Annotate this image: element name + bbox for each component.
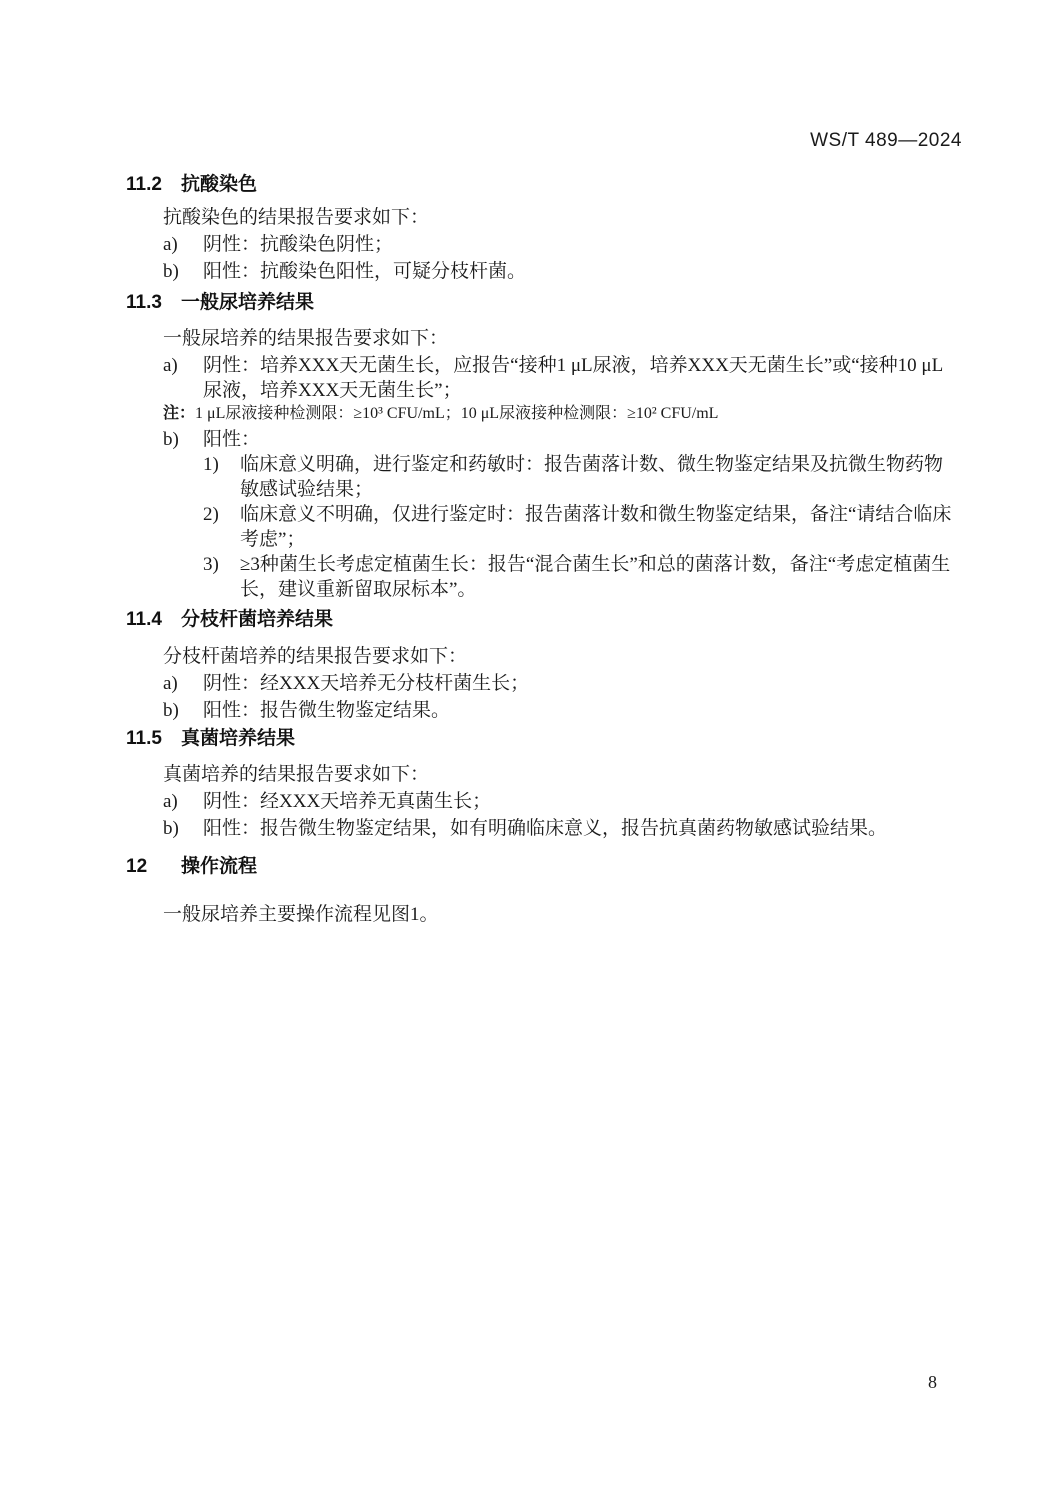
section-number: 11.2 [126, 174, 181, 195]
section-intro: 一般尿培养的结果报告要求如下： [163, 326, 958, 351]
item-text: 阴性：培养XXX天无菌生长，应报告“接种1 μL尿液，培养XXX天无菌生长”或“… [203, 353, 958, 403]
section-title: 一般尿培养结果 [181, 292, 958, 313]
list-item: a) 阴性：经XXX天培养无真菌生长； [163, 789, 958, 814]
item-label: a) [163, 671, 203, 696]
item-label: b) [163, 816, 203, 841]
section-heading: 11.5 真菌培养结果 [126, 728, 958, 749]
subitem-label: 2) [203, 502, 240, 552]
item-text: 阴性：经XXX天培养无真菌生长； [203, 789, 958, 814]
subitem-text: 临床意义不明确，仅进行鉴定时：报告菌落计数和微生物鉴定结果，备注“请结合临床考虑… [240, 502, 958, 552]
running-header: WS/T 489—2024 [810, 131, 962, 151]
item-text: 阳性：报告微生物鉴定结果，如有明确临床意义，报告抗真菌药物敏感试验结果。 [203, 816, 958, 841]
document-content: 11.2 抗酸染色 抗酸染色的结果报告要求如下： a) 阴性：抗酸染色阴性； b… [126, 174, 958, 927]
section-number: 11.4 [126, 609, 181, 630]
section-title: 抗酸染色 [181, 174, 958, 195]
item-text: 阳性：抗酸染色阳性，可疑分枝杆菌。 [203, 259, 958, 284]
subitem-text: 临床意义明确，进行鉴定和药敏时：报告菌落计数、微生物鉴定结果及抗微生物药物敏感试… [240, 452, 958, 502]
list-item: a) 阴性：经XXX天培养无分枝杆菌生长； [163, 671, 958, 696]
section-title: 操作流程 [181, 856, 958, 877]
subitem-label: 3) [203, 552, 240, 602]
section-heading: 11.4 分枝杆菌培养结果 [126, 609, 958, 630]
page-number: 8 [928, 1372, 937, 1392]
list-item: a) 阴性：抗酸染色阴性； [163, 232, 958, 257]
note-line: 注： 1 μL尿液接种检测限：≥10³ CFU/mL；10 μL尿液接种检测限：… [163, 403, 958, 425]
section-paragraph: 一般尿培养主要操作流程见图1。 [163, 902, 958, 927]
sub-list-item: 3) ≥3种菌生长考虑定植菌生长：报告“混合菌生长”和总的菌落计数，备注“考虑定… [203, 552, 958, 602]
section-heading: 12 操作流程 [126, 856, 958, 877]
section-intro: 抗酸染色的结果报告要求如下： [163, 205, 958, 230]
section-11-2: 11.2 抗酸染色 抗酸染色的结果报告要求如下： a) 阴性：抗酸染色阴性； b… [126, 174, 958, 284]
section-11-4: 11.4 分枝杆菌培养结果 分枝杆菌培养的结果报告要求如下： a) 阴性：经XX… [126, 609, 958, 723]
section-11-5: 11.5 真菌培养结果 真菌培养的结果报告要求如下： a) 阴性：经XXX天培养… [126, 728, 958, 841]
section-heading: 11.3 一般尿培养结果 [126, 292, 958, 313]
list-item: b) 阳性：报告微生物鉴定结果，如有明确临床意义，报告抗真菌药物敏感试验结果。 [163, 816, 958, 841]
item-text: 阳性：报告微生物鉴定结果。 [203, 698, 958, 723]
item-text: 阴性：经XXX天培养无分枝杆菌生长； [203, 671, 958, 696]
list-item: b) 阳性： [163, 427, 958, 452]
section-number: 11.5 [126, 728, 181, 749]
list-item: b) 阳性：报告微生物鉴定结果。 [163, 698, 958, 723]
subitem-text: ≥3种菌生长考虑定植菌生长：报告“混合菌生长”和总的菌落计数，备注“考虑定植菌生… [240, 552, 958, 602]
section-12: 12 操作流程 一般尿培养主要操作流程见图1。 [126, 856, 958, 927]
sub-list-item: 1) 临床意义明确，进行鉴定和药敏时：报告菌落计数、微生物鉴定结果及抗微生物药物… [203, 452, 958, 502]
item-label: a) [163, 353, 203, 403]
standard-number: WS/T 489—2024 [810, 130, 962, 151]
section-title: 分枝杆菌培养结果 [181, 609, 958, 630]
item-label: b) [163, 698, 203, 723]
section-heading: 11.2 抗酸染色 [126, 174, 958, 195]
section-intro: 分枝杆菌培养的结果报告要求如下： [163, 644, 958, 669]
item-label: a) [163, 789, 203, 814]
list-item: a) 阴性：培养XXX天无菌生长，应报告“接种1 μL尿液，培养XXX天无菌生长… [163, 353, 958, 403]
item-text: 阳性： [203, 427, 958, 452]
item-text: 阴性：抗酸染色阴性； [203, 232, 958, 257]
item-label: a) [163, 232, 203, 257]
document-page: WS/T 489—2024 11.2 抗酸染色 抗酸染色的结果报告要求如下： a… [0, 0, 1061, 1500]
note-label: 注： [163, 403, 195, 425]
item-label: b) [163, 427, 203, 452]
subitem-label: 1) [203, 452, 240, 502]
sub-list-item: 2) 临床意义不明确，仅进行鉴定时：报告菌落计数和微生物鉴定结果，备注“请结合临… [203, 502, 958, 552]
section-number: 11.3 [126, 292, 181, 313]
item-label: b) [163, 259, 203, 284]
list-item: b) 阳性：抗酸染色阳性，可疑分枝杆菌。 [163, 259, 958, 284]
note-text: 1 μL尿液接种检测限：≥10³ CFU/mL；10 μL尿液接种检测限：≥10… [195, 403, 958, 425]
section-title: 真菌培养结果 [181, 728, 958, 749]
section-11-3: 11.3 一般尿培养结果 一般尿培养的结果报告要求如下： a) 阴性：培养XXX… [126, 292, 958, 602]
section-intro: 真菌培养的结果报告要求如下： [163, 762, 958, 787]
section-number: 12 [126, 856, 181, 877]
